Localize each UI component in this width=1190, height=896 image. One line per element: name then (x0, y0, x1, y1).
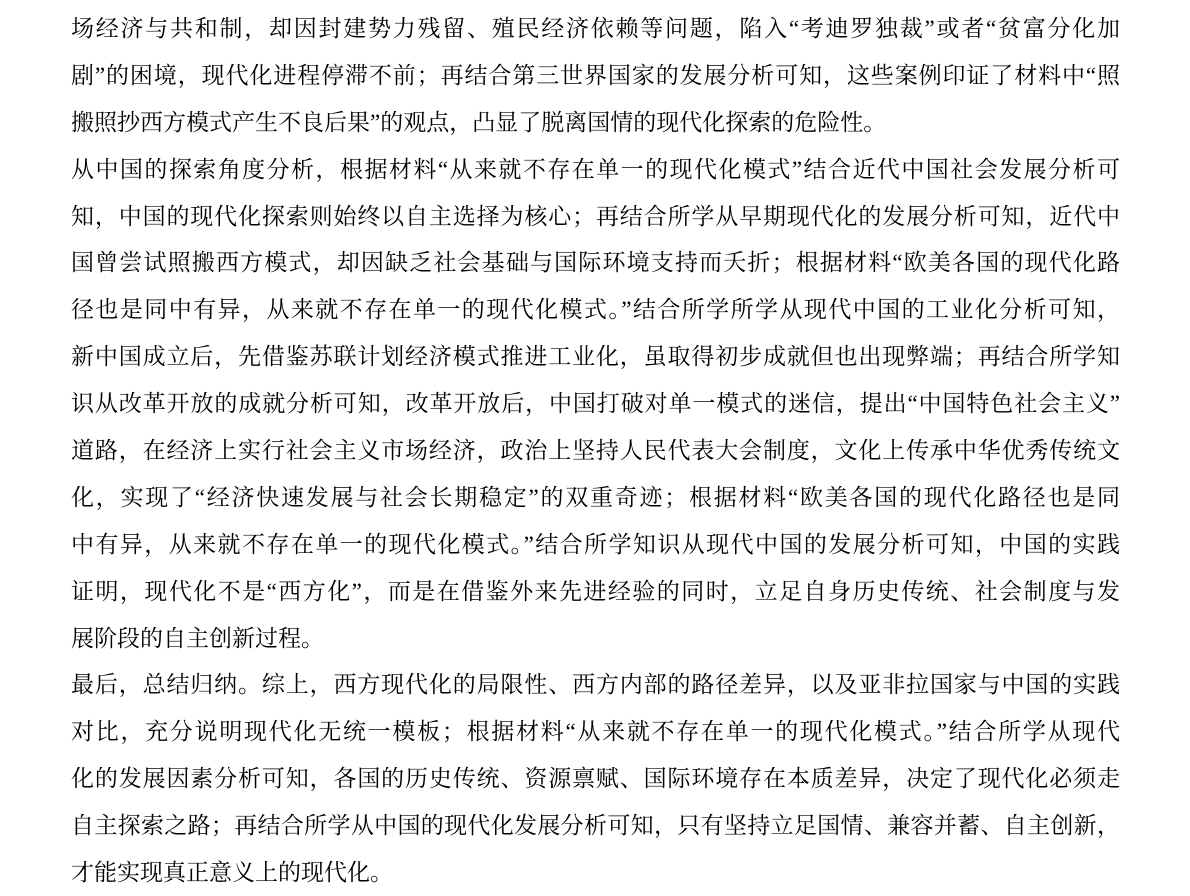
document-page: 场经济与共和制，却因封建势力残留、殖民经济依赖等问题，陷入“考迪罗独裁”或者“贫… (0, 0, 1190, 896)
text-line: 中有异，从来就不存在单一的现代化模式。”结合所学知识从现代中国的发展分析可知，中… (71, 522, 1120, 569)
text-line: 从中国的探索角度分析，根据材料“从来就不存在单一的现代化模式”结合近代中国社会发… (71, 147, 1120, 194)
paragraph: 场经济与共和制，却因封建势力残留、殖民经济依赖等问题，陷入“考迪罗独裁”或者“贫… (71, 6, 1120, 147)
text-line: 化的发展因素分析可知，各国的历史传统、资源禀赋、国际环境存在本质差异，决定了现代… (71, 756, 1120, 803)
text-line: 才能实现真正意义上的现代化。 (71, 850, 1120, 896)
paragraph: 最后，总结归纳。综上，西方现代化的局限性、西方内部的路径差异，以及亚非拉国家与中… (71, 662, 1120, 896)
text-line: 道路，在经济上实行社会主义市场经济，政治上坚持人民代表大会制度，文化上传承中华优… (71, 428, 1120, 475)
document-body: 场经济与共和制，却因封建势力残留、殖民经济依赖等问题，陷入“考迪罗独裁”或者“贫… (71, 6, 1120, 896)
text-line: 场经济与共和制，却因封建势力残留、殖民经济依赖等问题，陷入“考迪罗独裁”或者“贫… (71, 6, 1120, 53)
text-line: 剧”的困境，现代化进程停滞不前；再结合第三世界国家的发展分析可知，这些案例印证了… (71, 53, 1120, 100)
text-line: 新中国成立后，先借鉴苏联计划经济模式推进工业化，虽取得初步成就但也出现弊端；再结… (71, 334, 1120, 381)
text-line: 知，中国的现代化探索则始终以自主选择为核心；再结合所学从早期现代化的发展分析可知… (71, 194, 1120, 241)
text-line: 国曾尝试照搬西方模式，却因缺乏社会基础与国际环境支持而夭折；根据材料“欧美各国的… (71, 240, 1120, 287)
paragraph: 从中国的探索角度分析，根据材料“从来就不存在单一的现代化模式”结合近代中国社会发… (71, 147, 1120, 663)
text-line: 自主探索之路；再结合所学从中国的现代化发展分析可知，只有坚持立足国情、兼容并蓄、… (71, 803, 1120, 850)
text-line: 化，实现了“经济快速发展与社会长期稳定”的双重奇迹；根据材料“欧美各国的现代化路… (71, 475, 1120, 522)
text-line: 展阶段的自主创新过程。 (71, 616, 1120, 663)
text-line: 最后，总结归纳。综上，西方现代化的局限性、西方内部的路径差异，以及亚非拉国家与中… (71, 662, 1120, 709)
text-line: 对比，充分说明现代化无统一模板；根据材料“从来就不存在单一的现代化模式。”结合所… (71, 709, 1120, 756)
text-line: 搬照抄西方模式产生不良后果”的观点，凸显了脱离国情的现代化探索的危险性。 (71, 100, 1120, 147)
text-line: 径也是同中有异，从来就不存在单一的现代化模式。”结合所学所学从现代中国的工业化分… (71, 287, 1120, 334)
text-line: 识从改革开放的成就分析可知，改革开放后，中国打破对单一模式的迷信，提出“中国特色… (71, 381, 1120, 428)
text-line: 证明，现代化不是“西方化”，而是在借鉴外来先进经验的同时，立足自身历史传统、社会… (71, 569, 1120, 616)
